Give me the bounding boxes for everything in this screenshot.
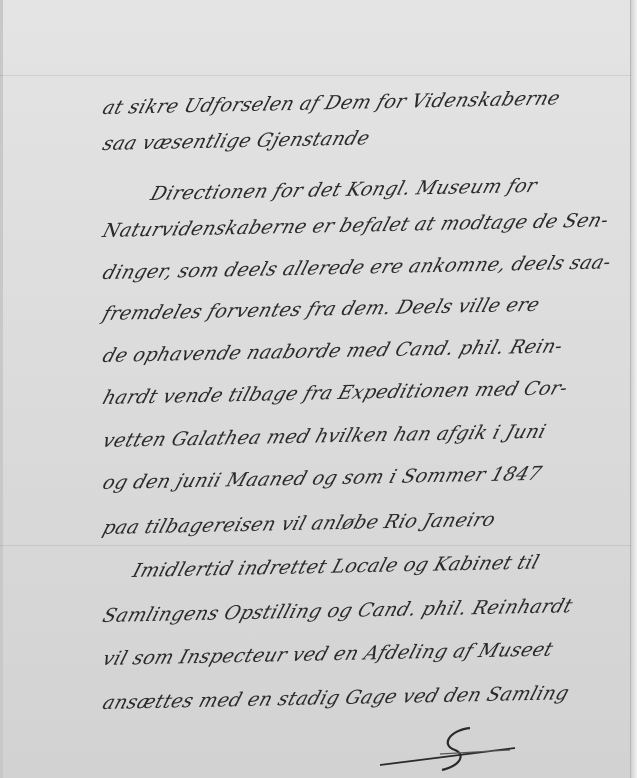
handwritten-line: dinger, som deels allerede ere ankomne, … (100, 251, 614, 284)
handwritten-line: vetten Galathea med hvilken han afgik i … (100, 421, 549, 452)
ruled-line (0, 75, 631, 76)
handwritten-line: vil som Inspecteur ved en Afdeling af Mu… (100, 638, 556, 670)
handwritten-line: hardt vende tilbage fra Expeditionen med… (100, 377, 571, 409)
handwritten-line: saa væsentlige Gjenstande (100, 127, 373, 155)
ruled-line (0, 545, 631, 546)
handwritten-line: og den junii Maaned og som i Sommer 1847 (100, 463, 544, 494)
page-left-edge (0, 0, 3, 778)
signature-flourish-icon (380, 720, 637, 778)
handwritten-line: Samlingens Opstilling og Cand. phil. Rei… (100, 595, 575, 627)
handwritten-line: paa tilbagereisen vil anløbe Rio Janeiro (100, 509, 498, 539)
page-right-edge (630, 0, 637, 778)
handwritten-line: de ophavende naaborde med Cand. phil. Re… (100, 335, 566, 367)
handwritten-line: Imidlertid indrettet Locale og Kabinet t… (130, 551, 542, 582)
handwritten-line: Directionen for det Kongl. Museum for (148, 175, 540, 205)
handwritten-line: Naturvidenskaberne er befalet at modtage… (100, 209, 611, 242)
scanned-manuscript-page: at sikre Udforselen af Dem for Videnskab… (0, 0, 637, 778)
handwritten-line: at sikre Udforselen af Dem for Videnskab… (100, 87, 563, 119)
handwritten-line: fremdeles forventes fra dem. Deels ville… (100, 294, 543, 325)
handwritten-line: ansættes med en stadig Gage ved den Saml… (100, 682, 572, 714)
